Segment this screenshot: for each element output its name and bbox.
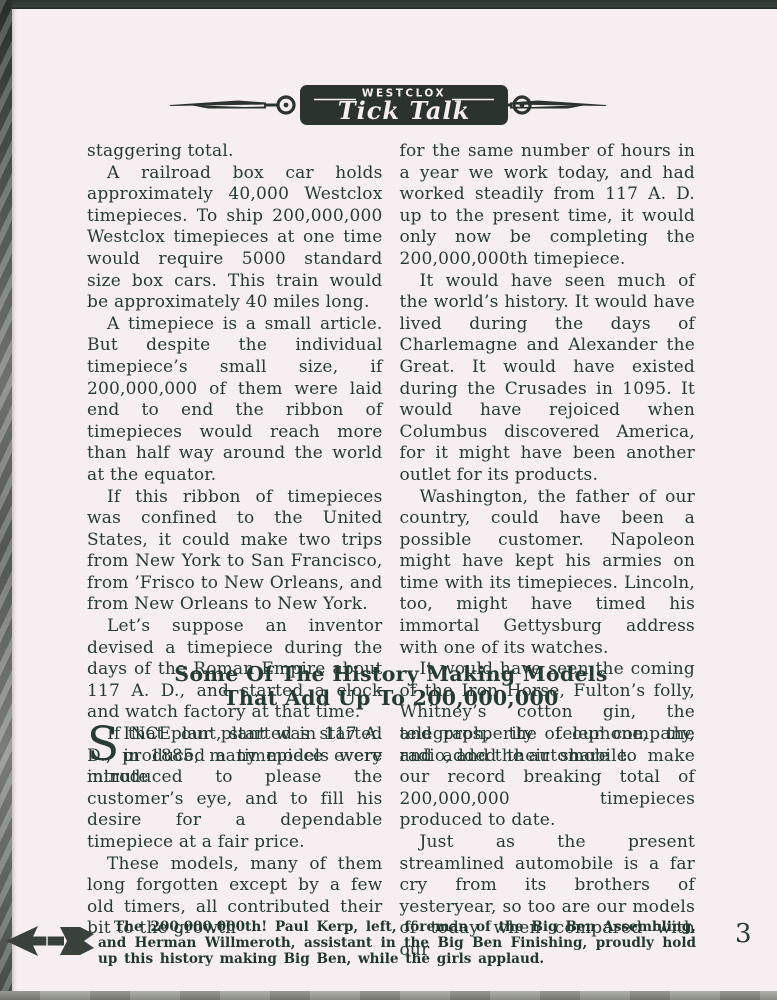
paragraph: It would have seen much of the world’s h… (400, 271, 696, 487)
paragraph: Washington, the father of our country, c… (400, 487, 696, 660)
paragraph-text: INCE our plant was started in 1885, many… (87, 724, 383, 852)
masthead-title: Tick Talk (338, 96, 470, 125)
photo-caption: The 200,000,000th! Paul Kerp, left, fore… (98, 920, 696, 967)
scan-bottom-edge (0, 991, 777, 1000)
paragraph: for the same number of hours in a year w… (400, 141, 696, 271)
paragraph: If this ribbon of timepieces was confine… (87, 487, 383, 617)
page-number: 3 (735, 919, 752, 949)
paragraph-with-dropcap: SINCE our plant was started in 1885, man… (87, 724, 383, 854)
pointer-arrow-icon (4, 922, 96, 964)
tick-talk-masthead: WESTCLOX Tick Talk (168, 84, 608, 128)
left-spear-icon (170, 101, 278, 109)
masthead-logo-graphic: WESTCLOX Tick Talk (168, 84, 608, 128)
paragraph: A railroad box car holds approximately 4… (87, 163, 383, 314)
paragraph: staggering total. (87, 141, 383, 163)
page-edge-shadow (12, 9, 17, 1000)
drop-cap: S (87, 724, 123, 764)
section-heading-line1: Some Of The History Making Models (87, 662, 695, 686)
left-ring-icon (278, 97, 294, 113)
paragraph: and prosperity of our company, and added… (400, 724, 696, 832)
scan-left-edge (0, 0, 12, 1000)
paragraph: A timepiece is a small article. But desp… (87, 314, 383, 487)
section-heading: Some Of The History Making Models That A… (87, 662, 695, 710)
right-ring-icon (514, 97, 530, 113)
section-heading-line2: That Add Up To 200,000,000 (87, 686, 695, 710)
scan-top-edge (0, 0, 777, 9)
